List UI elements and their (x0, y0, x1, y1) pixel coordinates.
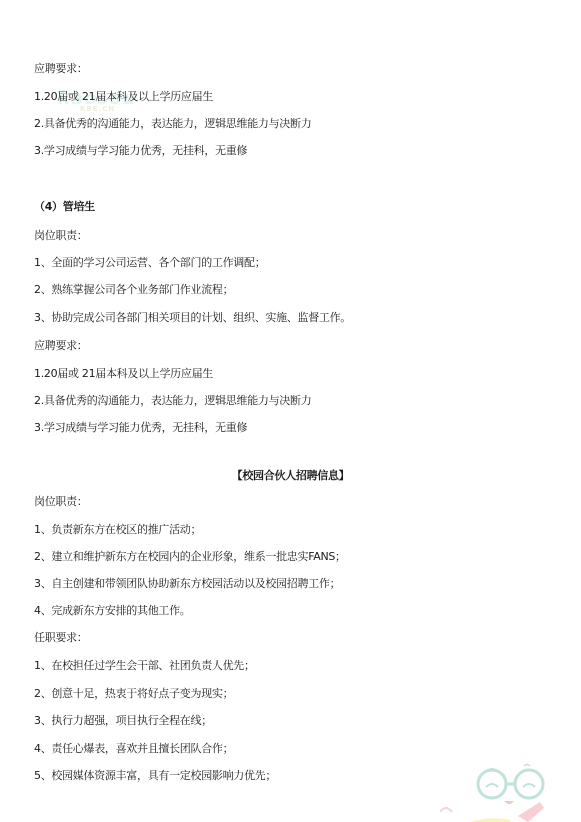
duties-label: 岗位职责： (34, 495, 88, 509)
requirement-item: 2.具备优秀的沟通能力，表达能力，逻辑思维能力与决断力 (34, 394, 311, 408)
section-title-mgmt-trainee: （4）管培生 (34, 200, 95, 214)
requirements-label: 应聘要求： (34, 339, 88, 353)
duties-label: 岗位职责： (34, 229, 88, 243)
requirements-label: 任职要求： (34, 631, 88, 645)
requirement-item: 5、校园媒体资源丰富，具有一定校园影响力优先； (34, 769, 276, 783)
duty-item: 2、建立和维护新东方在校园内的企业形象，维系一批忠实FANS； (34, 550, 346, 564)
requirement-item: 1.20届或 21届本科及以上学历应届生 (34, 367, 213, 381)
duty-item: 4、完成新东方安排的其他工作。 (34, 604, 191, 618)
section-title-campus-partner: 【校园合伙人招聘信息】 (0, 469, 581, 483)
requirement-item: 4、责任心爆表，喜欢并且擅长团队合作； (34, 742, 233, 756)
duty-item: 3、自主创建和带领团队协助新东方校园活动以及校园招聘工作； (34, 577, 340, 591)
requirement-item: 1.20届或 21届本科及以上学历应届生 (34, 90, 213, 104)
mascot-illustration-icon (440, 750, 581, 822)
requirement-item: 3.学习成绩与学习能力优秀，无挂科，无重修 (34, 144, 247, 158)
requirement-item: 2.具备优秀的沟通能力，表达能力，逻辑思维能力与决断力 (34, 117, 311, 131)
requirement-item: 3、执行力超强，项目执行全程在线； (34, 714, 212, 728)
duty-item: 1、负责新东方在校区的推广活动； (34, 523, 201, 537)
duty-item: 1、全面的学习公司运营、各个部门的工作调配； (34, 256, 265, 270)
requirement-item: 2、创意十足，热衷于将好点子变为现实； (34, 687, 233, 701)
requirements-label: 应聘要求： (34, 62, 88, 76)
duty-item: 3、协助完成公司各部门相关项目的计划、组织、实施、监督工作。 (34, 311, 351, 325)
requirement-item: 1、在校担任过学生会干部、社团负责人优先； (34, 659, 255, 673)
requirement-item: 3.学习成绩与学习能力优秀，无挂科，无重修 (34, 421, 247, 435)
duty-item: 2、熟练掌握公司各个业务部门作业流程； (34, 283, 233, 297)
